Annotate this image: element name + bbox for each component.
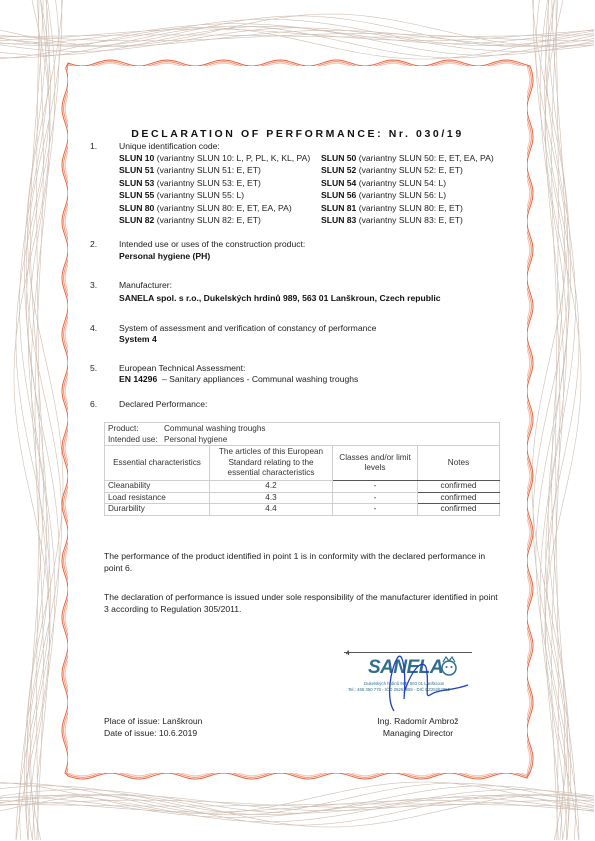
code-item: SLUN 83 (variantny SLUN 83: E, ET) xyxy=(321,214,463,226)
intended-use-value: Personal hygiene (PH) xyxy=(119,250,210,262)
signatory-name: Ing. Radomír Ambrož xyxy=(358,715,478,727)
table-row: Cleanability 4.2 - confirmed xyxy=(105,481,500,493)
code-list: SLUN 10 (variantny SLUN 10: L, P, PL, K,… xyxy=(119,152,519,226)
standard-code: EN 14296 xyxy=(119,374,157,384)
code-item: SLUN 50 (variantny SLUN 50: E, ET, EA, P… xyxy=(321,152,494,164)
company-stamp: 4 SANELA Dukelských hrdinů 989, 563 01 L… xyxy=(344,651,474,711)
table-header-row: Essential characteristics The articles o… xyxy=(105,446,500,481)
table-row: Durarbility 4.4 - confirmed xyxy=(105,504,500,516)
code-item: SLUN 52 (variantny SLUN 52: E, ET) xyxy=(321,164,463,176)
signatory: Ing. Radomír Ambrož Managing Director xyxy=(358,715,478,740)
code-item: SLUN 10 (variantny SLUN 10: L, P, PL, K,… xyxy=(119,152,310,164)
code-item: SLUN 55 (variantny SLUN 55: L) xyxy=(119,189,244,201)
document-title: DECLARATION OF PERFORMANCE: Nr. 030/19 xyxy=(68,128,527,140)
conformity-statement: The performance of the product identifie… xyxy=(104,550,504,575)
place-of-issue: Place of issue: Lanškroun xyxy=(104,715,202,727)
signatory-title: Managing Director xyxy=(358,727,478,739)
code-item: SLUN 54 (variantny SLUN 54: L) xyxy=(321,177,446,189)
section-heading: Unique identification code: xyxy=(119,140,220,152)
code-item: SLUN 82 (variantny SLUN 82: E, ET) xyxy=(119,214,261,226)
code-item: SLUN 56 (variantny SLUN 56: L) xyxy=(321,189,446,201)
system-value: System 4 xyxy=(119,333,157,345)
manufacturer-value: SANELA spol. s r.o., Dukelských hrdinů 9… xyxy=(119,292,441,304)
date-of-issue: Date of issue: 10.6.2019 xyxy=(104,727,202,739)
code-item: SLUN 81 (variantny SLUN 80: E, ET) xyxy=(321,202,463,214)
code-item: SLUN 51 (variantny SLUN 51: E, ET) xyxy=(119,164,261,176)
signature xyxy=(364,649,474,713)
document-sheet: DECLARATION OF PERFORMANCE: Nr. 030/19 1… xyxy=(68,66,527,773)
code-item: SLUN 53 (variantny SLUN 53: E, ET) xyxy=(119,177,261,189)
responsibility-statement: The declaration of performance is issued… xyxy=(104,591,504,616)
code-item: SLUN 80 (variantny SLUN 80: E, ET, EA, P… xyxy=(119,202,292,214)
performance-table: Product:Communal washing troughs Intende… xyxy=(104,422,500,516)
issue-info: Place of issue: Lanškroun Date of issue:… xyxy=(104,715,202,740)
table-row: Load resistance 4.3 - confirmed xyxy=(105,492,500,504)
